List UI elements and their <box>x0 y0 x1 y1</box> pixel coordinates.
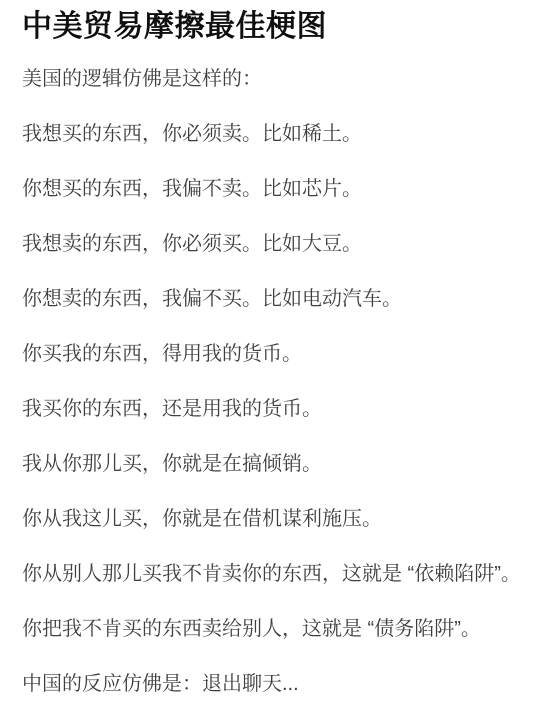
article-paragraph: 你买我的东西，得用我的货币。 <box>22 343 520 365</box>
article-paragraph-intro: 美国的逻辑仿佛是这样的： <box>22 68 520 90</box>
article-paragraph: 你从别人那儿买我不肯卖你的东西，这就是 “依赖陷阱”。 <box>22 563 520 585</box>
article-paragraph: 我想买的东西，你必须卖。比如稀土。 <box>22 123 520 145</box>
article-paragraph-closing: 中国的反应仿佛是：退出聊天... <box>22 673 520 695</box>
article-paragraph: 你想买的东西，我偏不卖。比如芯片。 <box>22 178 520 200</box>
article-title: 中美贸易摩擦最佳梗图 <box>22 10 520 45</box>
article-paragraph: 我买你的东西，还是用我的货币。 <box>22 398 520 420</box>
article-paragraph: 你想卖的东西，我偏不买。比如电动汽车。 <box>22 288 520 310</box>
article-paragraph: 你从我这儿买，你就是在借机谋利施压。 <box>22 508 520 530</box>
article-paragraph: 我想卖的东西，你必须买。比如大豆。 <box>22 233 520 255</box>
article-page: 中美贸易摩擦最佳梗图 美国的逻辑仿佛是这样的： 我想买的东西，你必须卖。比如稀土… <box>0 0 534 706</box>
article-paragraph: 你把我不肯买的东西卖给别人，这就是 “债务陷阱”。 <box>22 618 520 640</box>
article-paragraph: 我从你那儿买，你就是在搞倾销。 <box>22 453 520 475</box>
